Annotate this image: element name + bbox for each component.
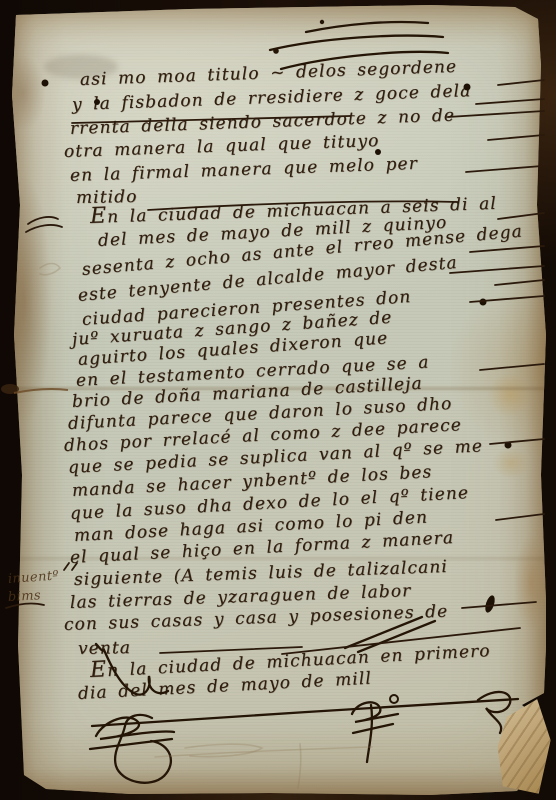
margin-note: bims [8, 588, 42, 605]
stain [0, 55, 46, 131]
stain [492, 447, 530, 479]
margin-chevron-blot [1, 384, 19, 394]
stain [488, 373, 532, 417]
photographed-manuscript: asi mo moa titulo ~ delos segordene y la… [0, 0, 556, 800]
stain [514, 535, 548, 631]
